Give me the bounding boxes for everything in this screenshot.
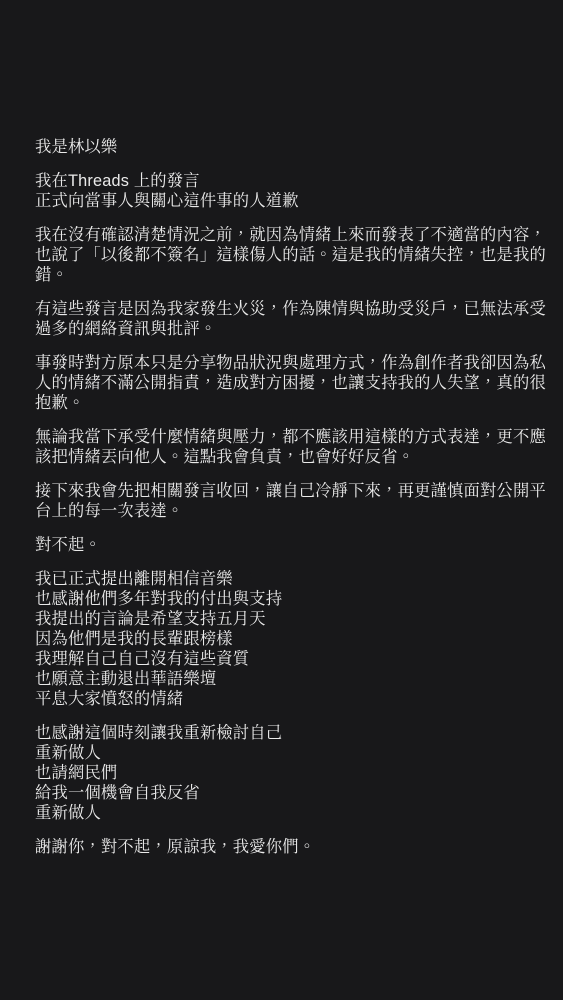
statement-line: 也請網民們 [35, 763, 540, 783]
statement-line: 因為他們是我的長輩跟榜樣 [35, 629, 540, 649]
statement-paragraph: 我是林以樂 [35, 137, 540, 157]
statement-paragraph: 無論我當下承受什麼情緒與壓力，都不應該用這樣的方式表達，更不應該把情緒丟向他人。… [35, 427, 540, 467]
statement-line: 我已正式提出離開相信音樂 [35, 569, 540, 589]
statement-line: 也感謝他們多年對我的付出與支持 [35, 589, 540, 609]
statement-line: 平息大家憤怒的情緒 [35, 689, 540, 709]
statement-paragraph: 有這些發言是因為我家發生火災，作為陳情與協助受災戶，已無法承受過多的網絡資訊與批… [35, 299, 540, 339]
statement-paragraph: 事發時對方原本只是分享物品狀況與處理方式，作為創作者我卻因為私人的情緒不滿公開指… [35, 353, 540, 413]
statement-line: 台上的每一次表達。 [35, 501, 540, 521]
statement-line: 我是林以樂 [35, 137, 540, 157]
statement-line: 抱歉。 [35, 393, 540, 413]
statement-line: 我在Threads 上的發言 [35, 171, 540, 191]
statement-line: 事發時對方原本只是分享物品狀況與處理方式，作為創作者我卻因為私 [35, 353, 540, 373]
statement-paragraph: 我已正式提出離開相信音樂也感謝他們多年對我的付出與支持我提出的言論是希望支持五月… [35, 569, 540, 709]
statement-line: 重新做人 [35, 803, 540, 823]
statement-line: 謝謝你，對不起，原諒我，我愛你們。 [35, 837, 540, 857]
statement-line: 我在沒有確認清楚情況之前，就因為情緒上來而發表了不適當的內容， [35, 225, 540, 245]
statement-line: 無論我當下承受什麼情緒與壓力，都不應該用這樣的方式表達，更不應 [35, 427, 540, 447]
statement-line: 也說了「以後都不簽名」這樣傷人的話。這是我的情緒失控，也是我的 [35, 245, 540, 265]
statement-body: 我是林以樂我在Threads 上的發言正式向當事人與關心這件事的人道歉我在沒有確… [35, 137, 540, 857]
statement-line: 正式向當事人與關心這件事的人道歉 [35, 191, 540, 211]
statement-paragraph: 謝謝你，對不起，原諒我，我愛你們。 [35, 837, 540, 857]
statement-line: 我理解自己自己沒有這些資質 [35, 649, 540, 669]
statement-paragraph: 我在沒有確認清楚情況之前，就因為情緒上來而發表了不適當的內容，也說了「以後都不簽… [35, 225, 540, 285]
statement-line: 給我一個機會自我反省 [35, 783, 540, 803]
statement-line: 重新做人 [35, 743, 540, 763]
statement-line: 該把情緒丟向他人。這點我會負責，也會好好反省。 [35, 447, 540, 467]
statement-line: 人的情緒不滿公開指責，造成對方困擾，也讓支持我的人失望，真的很 [35, 373, 540, 393]
statement-paragraph: 也感謝這個時刻讓我重新檢討自己重新做人也請網民們給我一個機會自我反省重新做人 [35, 723, 540, 823]
statement-screenshot: { "theme": { "background": "#18181a", "t… [0, 0, 563, 1000]
statement-paragraph: 對不起。 [35, 535, 540, 555]
statement-line: 過多的網絡資訊與批評。 [35, 319, 540, 339]
statement-line: 有這些發言是因為我家發生火災，作為陳情與協助受災戶，已無法承受 [35, 299, 540, 319]
statement-line: 我提出的言論是希望支持五月天 [35, 609, 540, 629]
statement-line: 錯。 [35, 265, 540, 285]
statement-line: 接下來我會先把相關發言收回，讓自己冷靜下來，再更謹慎面對公開平 [35, 481, 540, 501]
statement-line: 也願意主動退出華語樂壇 [35, 669, 540, 689]
statement-paragraph: 我在Threads 上的發言正式向當事人與關心這件事的人道歉 [35, 171, 540, 211]
statement-line: 也感謝這個時刻讓我重新檢討自己 [35, 723, 540, 743]
statement-line: 對不起。 [35, 535, 540, 555]
statement-paragraph: 接下來我會先把相關發言收回，讓自己冷靜下來，再更謹慎面對公開平台上的每一次表達。 [35, 481, 540, 521]
